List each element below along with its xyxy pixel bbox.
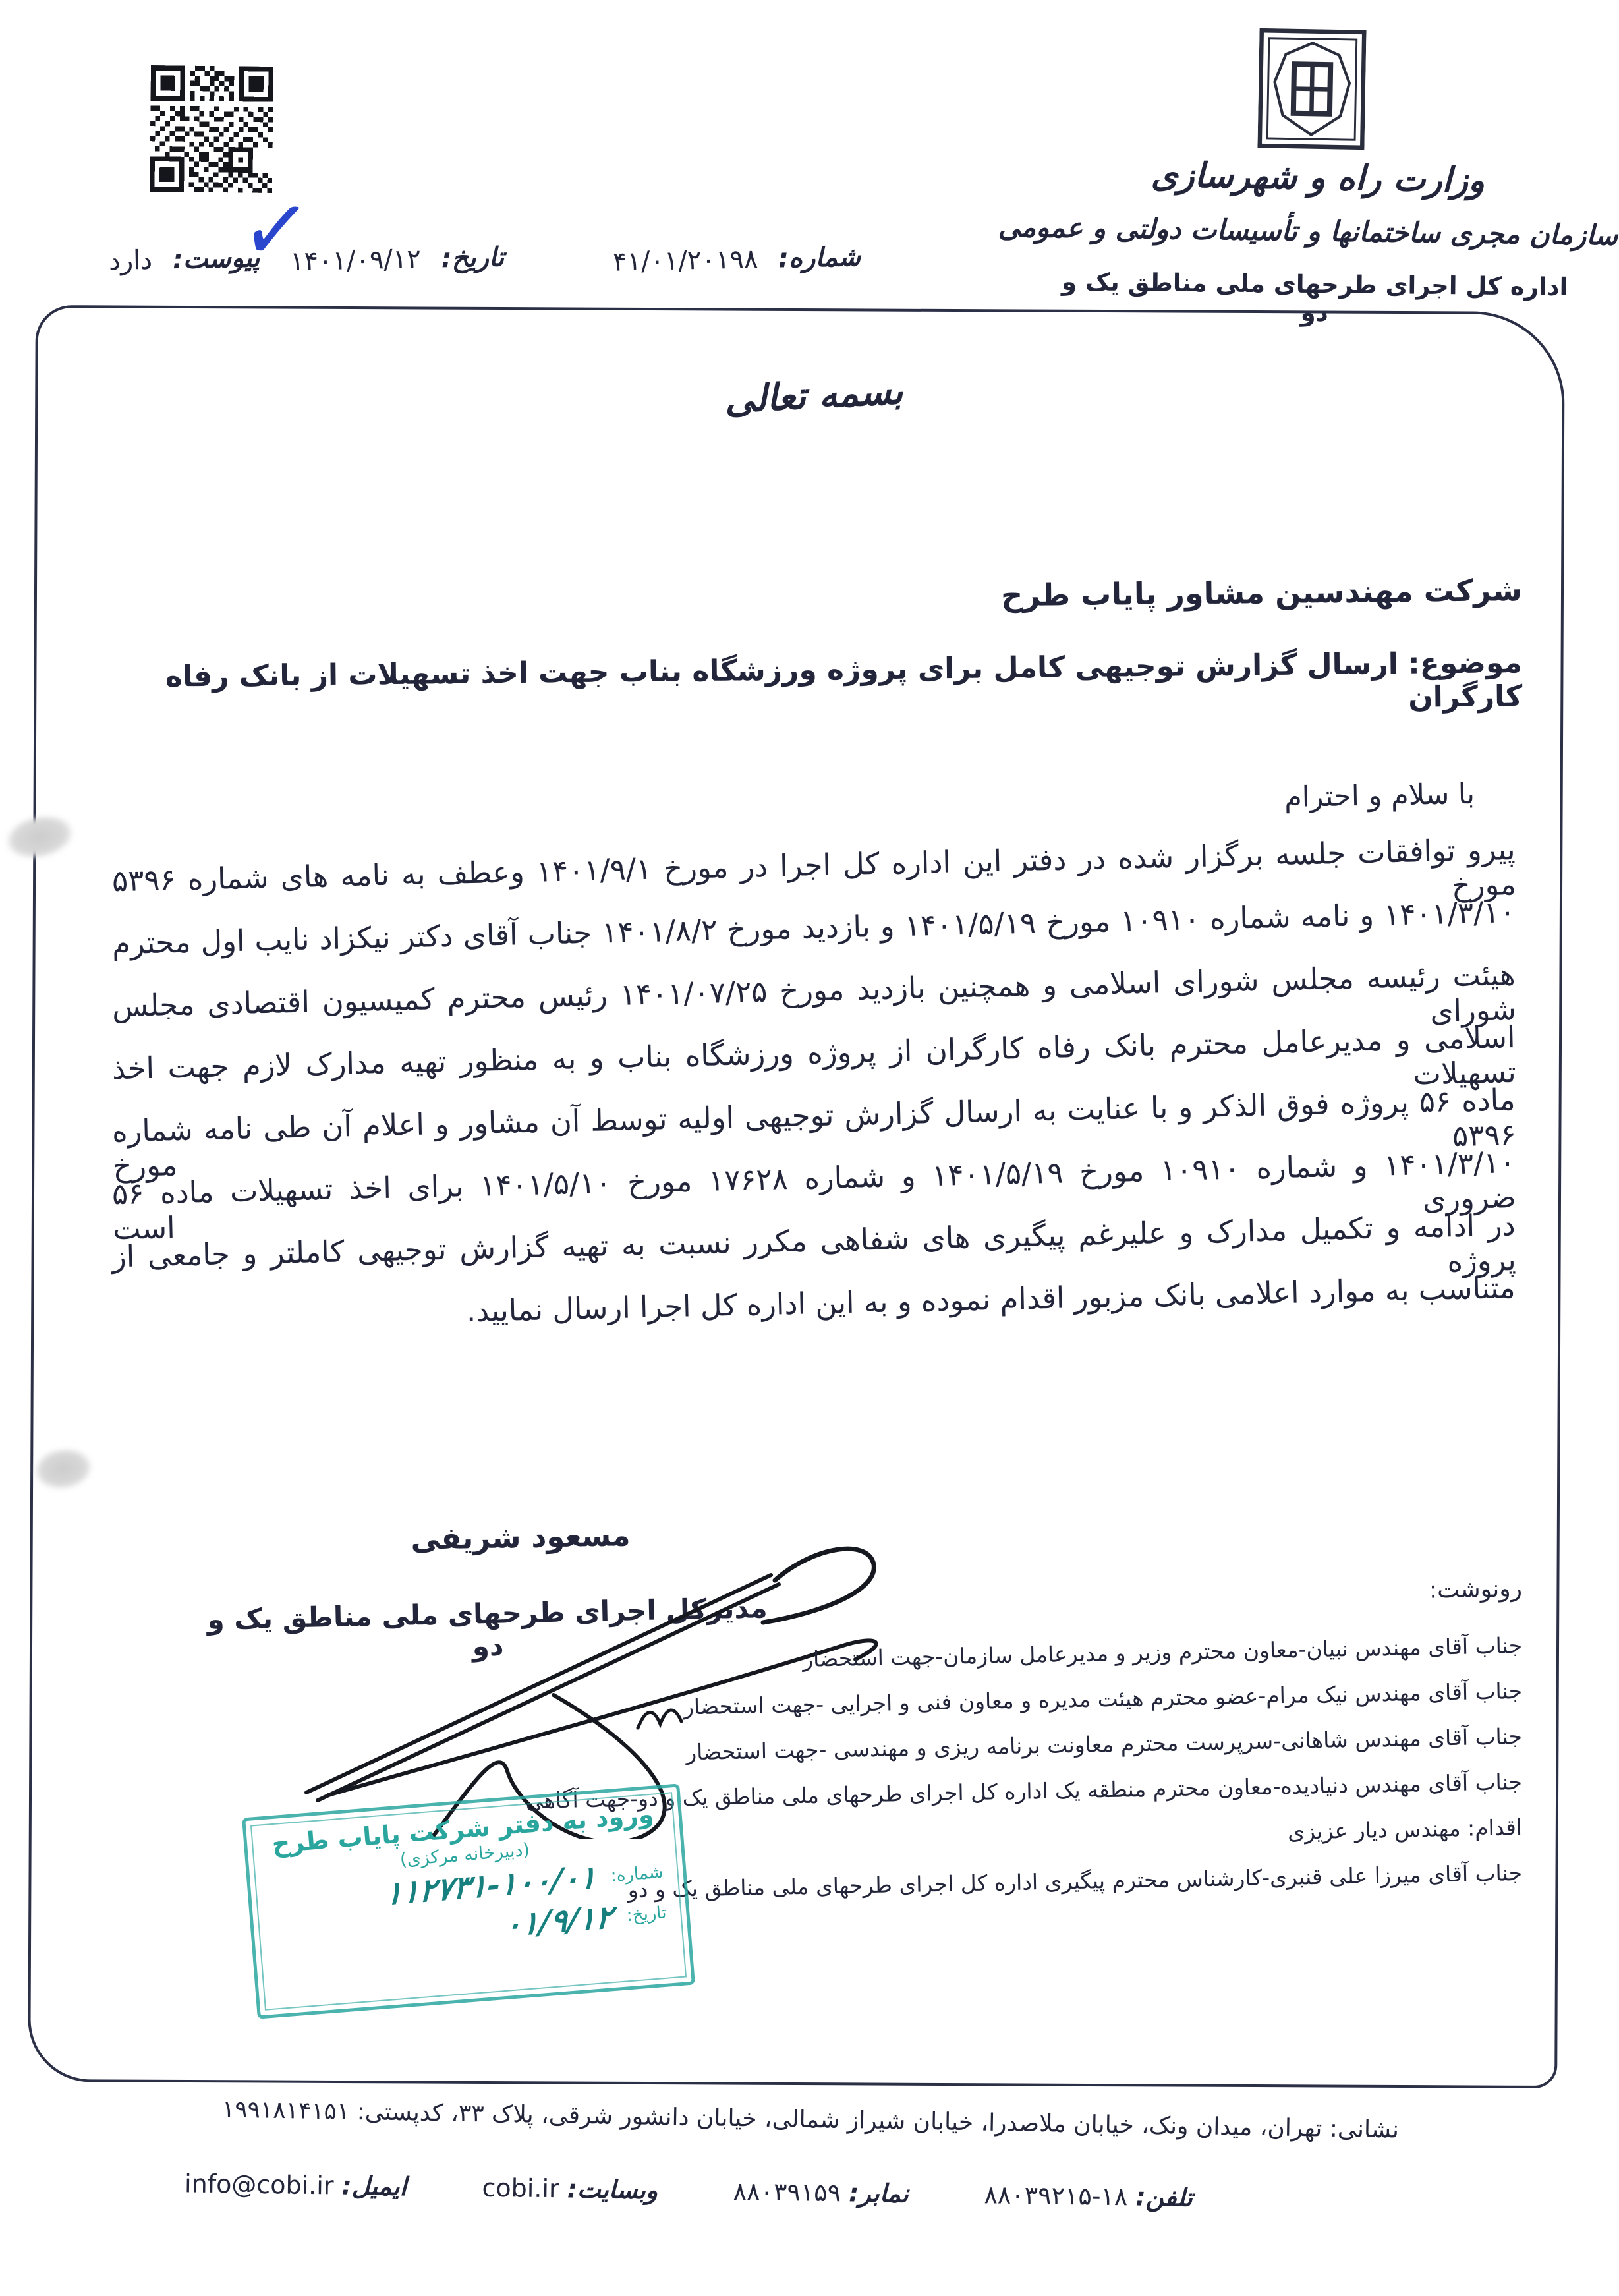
website-label: وبسایت: (567, 2174, 658, 2204)
stamp-date-label: تاریخ: (626, 1903, 667, 1926)
website-value: cobi.ir (482, 2173, 559, 2204)
ministry-name: وزارت راه و شهرسازی (1025, 153, 1612, 203)
email-label: ایمیل: (341, 2171, 407, 2201)
fax-label: نمابر: (849, 2178, 909, 2208)
cc-label: رونوشت: (1384, 1575, 1523, 1605)
letter-date-field: تاریخ: ۱۴۰۱/۰۹/۱۲ (290, 241, 554, 277)
stamp-number-label: شماره: (610, 1862, 664, 1886)
phone-value: ۱۸-۸۸۰۳۹۲۱۵ (984, 2180, 1127, 2211)
fax-field: نمابر: ۸۸۰۳۹۱۵۹ (733, 2177, 909, 2208)
letter-number-value: ۴۱/۰۱/۲۰۱۹۸ (613, 244, 758, 277)
phone-field: تلفن: ۱۸-۸۸۰۳۹۲۱۵ (984, 2180, 1193, 2212)
fax-value: ۸۸۰۳۹۱۵۹ (733, 2177, 841, 2207)
letter-number-field: شماره: ۴۱/۰۱/۲۰۱۹۸ (613, 241, 910, 277)
letter-date-value: ۱۴۰۱/۰۹/۱۲ (290, 244, 422, 277)
ministry-emblem-icon (1257, 28, 1366, 150)
attachment-value: دارد (109, 245, 153, 276)
scanned-letter-page: وزارت راه و شهرسازی سازمان مجری ساختمانه… (0, 0, 1619, 2296)
letter-number-label: شماره: (778, 242, 861, 274)
organization-name: سازمان مجری ساختمانها و تأسیسات دولتی و … (995, 210, 1619, 251)
body-paragraph: پیرو توافقات جلسه برگزار شده در دفتر این… (112, 832, 1516, 1333)
website-field: وبسایت: cobi.ir (482, 2173, 658, 2205)
attachment-label: پیوست: (172, 243, 260, 275)
footer-address: نشانی: تهران، میدان ونک، خیابان ملاصدرا،… (194, 2096, 1427, 2144)
entry-stamp: ورود به دفتر شرکت پایاب طرح (دبیرخانه مر… (242, 1783, 695, 2019)
stamp-date-value: ۰۱/۹/۱۲ (503, 1899, 613, 1944)
email-field: ایمیل: info@cobi.ir (185, 2169, 407, 2201)
attachment-field: پیوست: دارد (109, 242, 307, 276)
letter-date-label: تاریخ: (441, 242, 505, 273)
phone-label: تلفن: (1135, 2182, 1193, 2212)
email-value: info@cobi.ir (185, 2169, 334, 2200)
footer-contacts: تلفن: ۱۸-۸۸۰۳۹۲۱۵ نمابر: ۸۸۰۳۹۱۵۹ وبسایت… (185, 2169, 1193, 2212)
